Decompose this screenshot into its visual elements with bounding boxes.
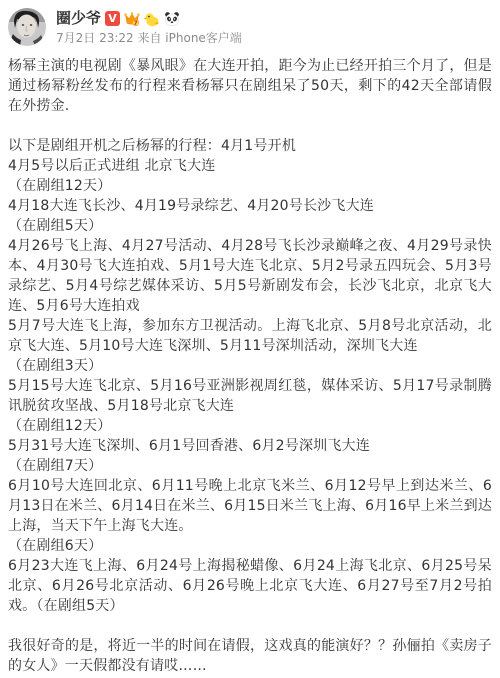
username-row: 圈少爷 V 7	[56, 10, 242, 27]
username[interactable]: 圈少爷	[56, 10, 101, 27]
vip-crown-icon: 7	[124, 11, 140, 27]
panda-emoji-icon	[164, 11, 180, 27]
duck-emoji-icon	[144, 11, 160, 27]
avatar[interactable]	[8, 8, 46, 46]
post-timestamp: 7月2日 23:22 来自 iPhone客户端	[56, 31, 242, 45]
svg-text:7: 7	[133, 18, 137, 26]
post-header: 圈少爷 V 7	[8, 8, 492, 46]
weibo-post: 圈少爷 V 7	[0, 0, 500, 676]
post-header-info: 圈少爷 V 7	[56, 8, 242, 45]
post-content-text: 杨幂主演的电视剧《暴风眼》在大连开拍，距今为止已经开拍三个月了，但是通过杨幂粉丝…	[8, 56, 492, 676]
avatar-portrait-image	[8, 8, 46, 46]
verified-v-icon: V	[105, 11, 120, 26]
